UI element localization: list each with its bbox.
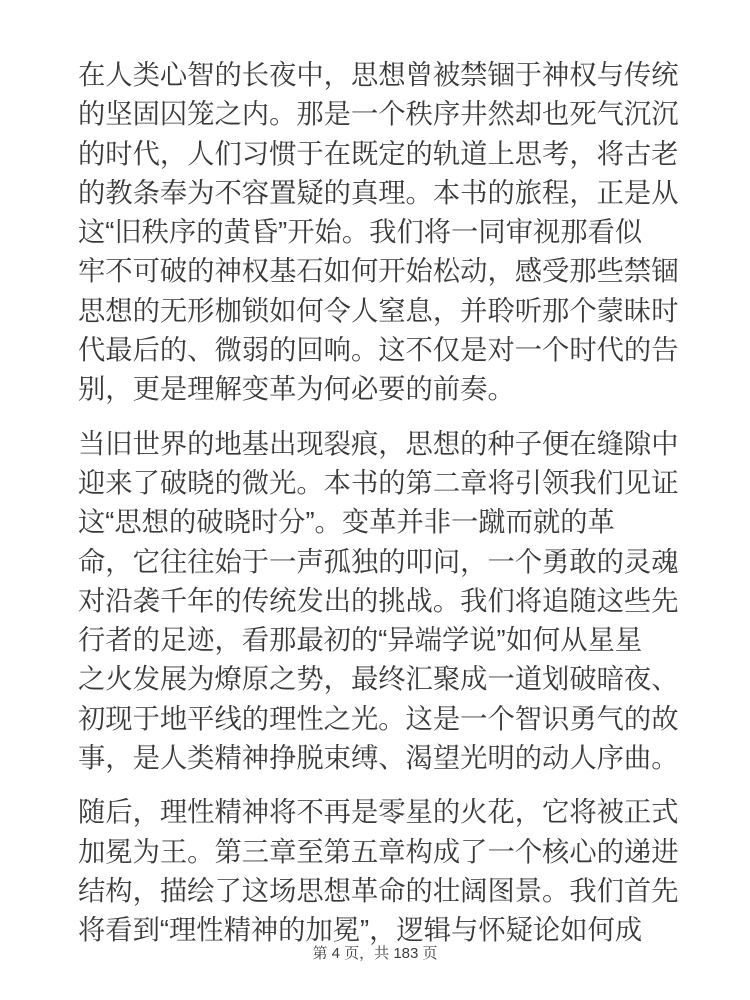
text-line: 迎来了破晓的微光。本书的第二章将引领我们见证 [78, 463, 678, 502]
text-line: 牢不可破的神权基石如何开始松动，感受那些禁锢 [78, 251, 678, 290]
page-number-footer: 第 4 页，共 183 页 [0, 944, 750, 964]
text-line: 加冕为王。第三章至第五章构成了一个核心的递进 [78, 832, 678, 871]
document-page: 在人类心智的长夜中，思想曾被禁锢于神权与传统的坚固囚笼之内。那是一个秩序井然却也… [0, 0, 750, 1000]
text-line: 这“思想的破晓时分”。变革并非一蹴而就的革 [78, 502, 678, 541]
paragraph: 在人类心智的长夜中，思想曾被禁锢于神权与传统的坚固囚笼之内。那是一个秩序井然却也… [78, 55, 678, 409]
text-line: 随后，理性精神将不再是零星的火花，它将被正式 [78, 792, 678, 831]
text-line: 的教条奉为不容置疑的真理。本书的旅程，正是从 [78, 173, 678, 212]
text-line: 命，它往往始于一声孤独的叩问，一个勇敢的灵魂 [78, 542, 678, 581]
text-line: 的时代，人们习惯于在既定的轨道上思考，将古老 [78, 134, 678, 173]
paragraph: 当旧世界的地基出现裂痕，思想的种子便在缝隙中迎来了破晓的微光。本书的第二章将引领… [78, 424, 678, 778]
text-line: 之火发展为燎原之势，最终汇聚成一道划破暗夜、 [78, 659, 678, 698]
text-line: 结构，描绘了这场思想革命的壮阔图景。我们首先 [78, 871, 678, 910]
text-line: 当旧世界的地基出现裂痕，思想的种子便在缝隙中 [78, 424, 678, 463]
text-line: 在人类心智的长夜中，思想曾被禁锢于神权与传统 [78, 55, 678, 94]
text-line: 事，是人类精神挣脱束缚、渴望光明的动人序曲。 [78, 738, 678, 777]
text-line: 初现于地平线的理性之光。这是一个智识勇气的故 [78, 699, 678, 738]
text-line: 代最后的、微弱的回响。这不仅是对一个时代的告 [78, 330, 678, 369]
text-line: 别，更是理解变革为何必要的前奏。 [78, 369, 678, 408]
text-line: 这“旧秩序的黄昏”开始。我们将一同审视那看似 [78, 212, 678, 251]
text-line: 对沿袭千年的传统发出的挑战。我们将追随这些先 [78, 581, 678, 620]
text-line: 思想的无形枷锁如何令人窒息，并聆听那个蒙昧时 [78, 291, 678, 330]
text-line: 行者的足迹，看那最初的“异端学说”如何从星星 [78, 620, 678, 659]
document-body: 在人类心智的长夜中，思想曾被禁锢于神权与传统的坚固囚笼之内。那是一个秩序井然却也… [78, 55, 678, 965]
text-line: 的坚固囚笼之内。那是一个秩序井然却也死气沉沉 [78, 94, 678, 133]
paragraph: 随后，理性精神将不再是零星的火花，它将被正式加冕为王。第三章至第五章构成了一个核… [78, 792, 678, 949]
